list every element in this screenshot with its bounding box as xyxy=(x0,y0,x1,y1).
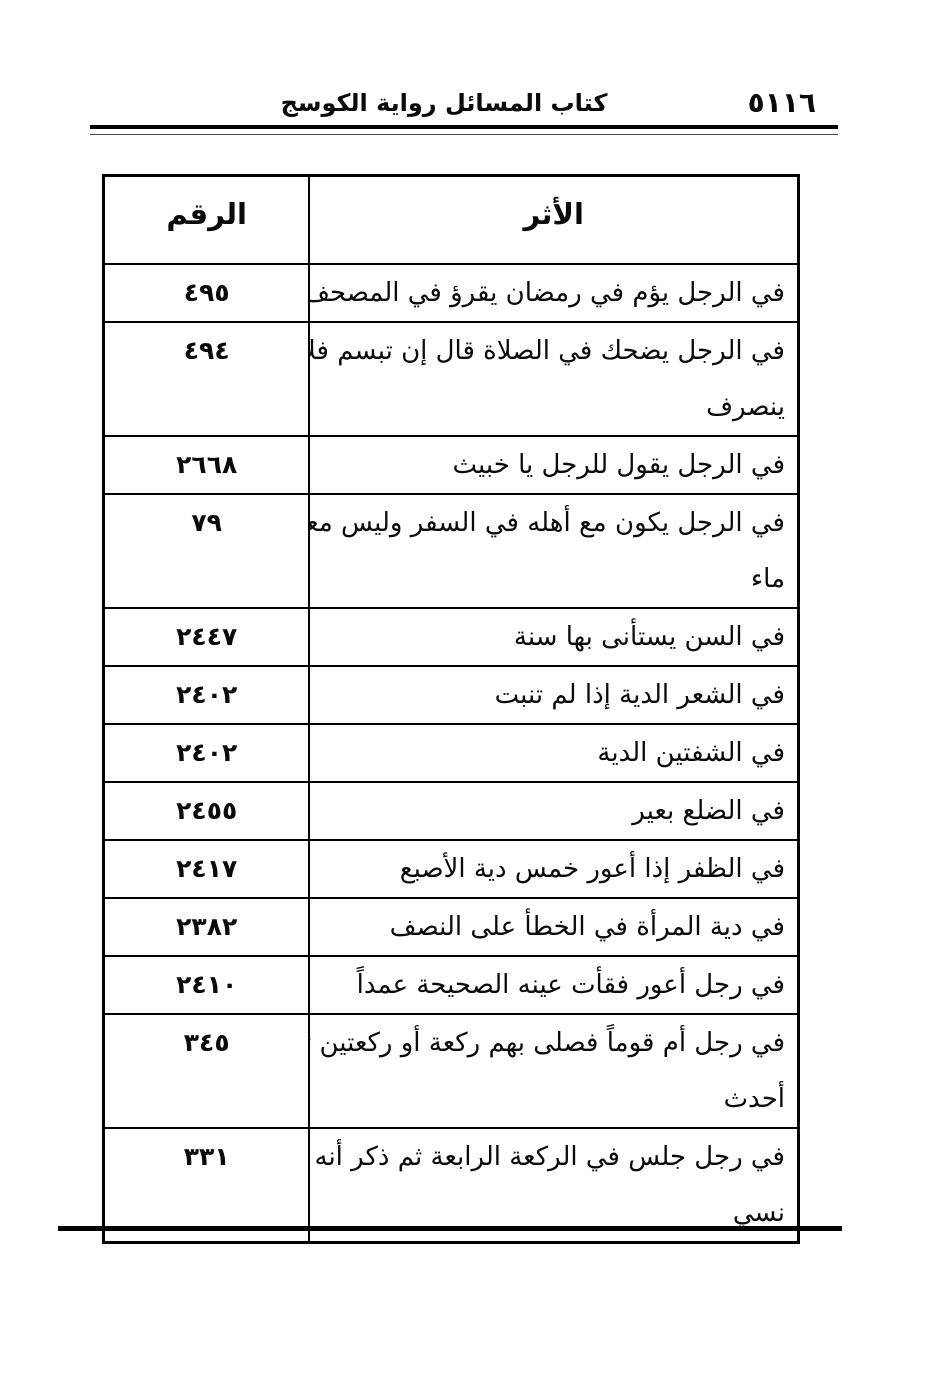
table-row: في الظفر إذا أعور خمس دية الأصبع ٢٤١٧ xyxy=(104,840,799,898)
table-row: في الرجل يضحك في الصلاة قال إن تبسم فلا … xyxy=(104,322,799,436)
scanned-book-page: كتاب المسائل رواية الكوسج ٥١١٦ الأثر الر… xyxy=(0,0,928,1377)
table-row: في الرجل يقول للرجل يا خبيث ٢٦٦٨ xyxy=(104,436,799,494)
table-row: في الشفتين الدية ٢٤٠٢ xyxy=(104,724,799,782)
athar-cell: في الظفر إذا أعور خمس دية الأصبع xyxy=(309,840,798,898)
page-number: ٥١١٦ xyxy=(748,86,816,120)
number-cell: ٢٤٠٢ xyxy=(104,666,310,724)
athar-cell: في الشعر الدية إذا لم تنبت xyxy=(309,666,798,724)
number-cell: ٢٤١٠ xyxy=(104,956,310,1014)
athar-cell: في رجل أم قوماً فصلى بهم ركعة أو ركعتين … xyxy=(309,1014,798,1128)
athar-cell: في دية المرأة في الخطأ على النصف xyxy=(309,898,798,956)
column-header-number: الرقم xyxy=(104,176,310,265)
number-cell: ٢٤٥٥ xyxy=(104,782,310,840)
athar-cell: في الرجل يكون مع أهله في السفر وليس معهم… xyxy=(309,494,798,608)
athar-cell: في الرجل يقول للرجل يا خبيث xyxy=(309,436,798,494)
table-row: في السن يستأنى بها سنة ٢٤٤٧ xyxy=(104,608,799,666)
athar-cell: في السن يستأنى بها سنة xyxy=(309,608,798,666)
athar-cell: في رجل أعور فقأت عينه الصحيحة عمداً xyxy=(309,956,798,1014)
athar-cell: في الشفتين الدية xyxy=(309,724,798,782)
table-row: في الرجل يؤم في رمضان يقرؤ في المصحف ٤٩٥ xyxy=(104,264,799,322)
number-cell: ٢٤٠٢ xyxy=(104,724,310,782)
number-cell: ٢٤١٧ xyxy=(104,840,310,898)
table-row: في دية المرأة في الخطأ على النصف ٢٣٨٢ xyxy=(104,898,799,956)
running-title: كتاب المسائل رواية الكوسج xyxy=(70,86,818,120)
number-cell: ٢٤٤٧ xyxy=(104,608,310,666)
column-header-athar: الأثر xyxy=(309,176,798,265)
number-cell: ٤٩٤ xyxy=(104,322,310,436)
table-row: في رجل أم قوماً فصلى بهم ركعة أو ركعتين … xyxy=(104,1014,799,1128)
number-cell: ٢٦٦٨ xyxy=(104,436,310,494)
table-row: في رجل أعور فقأت عينه الصحيحة عمداً ٢٤١٠ xyxy=(104,956,799,1014)
header-rule xyxy=(90,125,838,129)
page-header: كتاب المسائل رواية الكوسج ٥١١٦ xyxy=(90,86,838,124)
number-cell: ٢٣٨٢ xyxy=(104,898,310,956)
table-row: في الضلع بعير ٢٤٥٥ xyxy=(104,782,799,840)
athar-cell: في الرجل يضحك في الصلاة قال إن تبسم فلا … xyxy=(309,322,798,436)
table-row: في الشعر الدية إذا لم تنبت ٢٤٠٢ xyxy=(104,666,799,724)
table-row: في الرجل يكون مع أهله في السفر وليس معهم… xyxy=(104,494,799,608)
athar-index-table: الأثر الرقم في الرجل يؤم في رمضان يقرؤ ف… xyxy=(102,174,800,1244)
number-cell: ٤٩٥ xyxy=(104,264,310,322)
number-cell: ٧٩ xyxy=(104,494,310,608)
table-bottom-edge xyxy=(58,1226,842,1231)
athar-cell: في الرجل يؤم في رمضان يقرؤ في المصحف xyxy=(309,264,798,322)
athar-cell: في الضلع بعير xyxy=(309,782,798,840)
number-cell: ٣٤٥ xyxy=(104,1014,310,1128)
table-header-row: الأثر الرقم xyxy=(104,176,799,265)
